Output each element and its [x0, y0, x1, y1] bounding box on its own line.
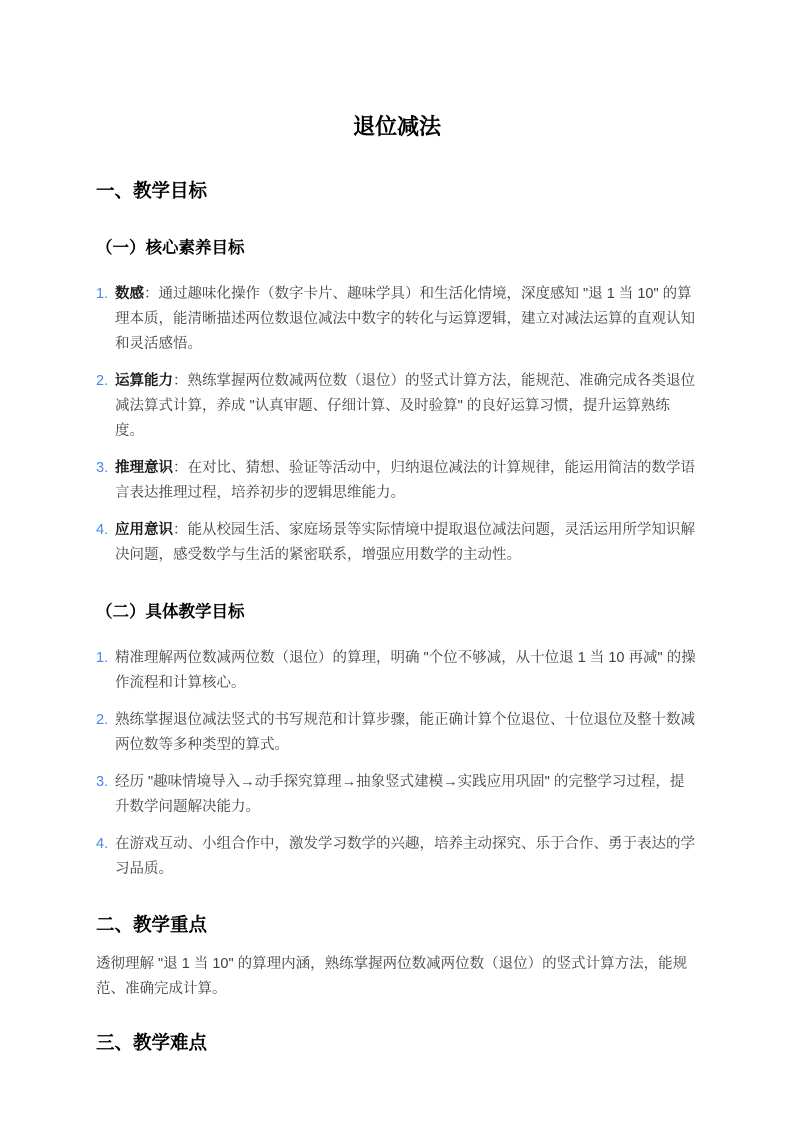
item-label: 数感 — [115, 286, 144, 302]
list-marker: 2. — [96, 369, 108, 394]
item-text: ：通过趣味化操作（数字卡片、趣味学具）和生活化情境，深度感知 "退 1 当 10… — [115, 286, 695, 352]
list-item: 1.精准理解两位数减两位数（退位）的算理，明确 "个位不够减，从十位退 1 当 … — [96, 646, 698, 696]
item-label: 应用意识 — [115, 522, 173, 538]
section-heading-teaching-goals: 一、教学目标 — [96, 178, 698, 204]
list-marker: 3. — [96, 456, 108, 481]
doc-title: 退位减法 — [96, 112, 698, 142]
item-text: 经历 "趣味情境导入→动手探究算理→抽象竖式建模→实践应用巩固" 的完整学习过程… — [115, 774, 684, 815]
list-marker: 1. — [96, 282, 108, 307]
list-item-computation-ability: 2.运算能力：熟练掌握两位数减两位数（退位）的竖式计算方法，能规范、准确完成各类… — [96, 369, 698, 444]
subheading-specific-teaching-goals: （二）具体教学目标 — [96, 600, 698, 624]
list-marker: 2. — [96, 708, 108, 733]
list-item-reasoning-awareness: 3.推理意识：在对比、猜想、验证等活动中，归纳退位减法的计算规律，能运用简洁的数… — [96, 456, 698, 506]
item-text: 精准理解两位数减两位数（退位）的算理，明确 "个位不够减，从十位退 1 当 10… — [115, 650, 696, 691]
list-marker: 4. — [96, 832, 108, 857]
list-item-application-awareness: 4.应用意识：能从校园生活、家庭场景等实际情境中提取退位减法问题，灵活运用所学知… — [96, 518, 698, 568]
list-marker: 1. — [96, 646, 108, 671]
document-page: 退位减法 一、教学目标 （一）核心素养目标 1.数感：通过趣味化操作（数字卡片、… — [0, 0, 794, 1123]
list-item: 4.在游戏互动、小组合作中，激发学习数学的兴趣，培养主动探究、乐于合作、勇于表达… — [96, 832, 698, 882]
item-label: 推理意识 — [115, 460, 173, 476]
item-text: ：在对比、猜想、验证等活动中，归纳退位减法的计算规律，能运用简洁的数学语言表达推… — [115, 460, 695, 501]
item-text: 熟练掌握退位减法竖式的书写规范和计算步骤，能正确计算个位退位、十位退位及整十数减… — [115, 712, 695, 753]
section-heading-key-points: 二、教学重点 — [96, 912, 698, 938]
key-points-paragraph: 透彻理解 "退 1 当 10" 的算理内涵，熟练掌握两位数减两位数（退位）的竖式… — [96, 952, 698, 1002]
item-text: ：熟练掌握两位数减两位数（退位）的竖式计算方法，能规范、准确完成各类退位减法算式… — [115, 373, 695, 439]
item-text: 在游戏互动、小组合作中，激发学习数学的兴趣，培养主动探究、乐于合作、勇于表达的学… — [115, 836, 695, 877]
section-heading-difficulties: 三、教学难点 — [96, 1030, 698, 1056]
item-label: 运算能力 — [115, 373, 173, 389]
list-item-number-sense: 1.数感：通过趣味化操作（数字卡片、趣味学具）和生活化情境，深度感知 "退 1 … — [96, 282, 698, 357]
item-text: ：能从校园生活、家庭场景等实际情境中提取退位减法问题，灵活运用所学知识解决问题，… — [115, 522, 695, 563]
subheading-core-literacy-goals: （一）核心素养目标 — [96, 236, 698, 260]
list-marker: 4. — [96, 518, 108, 543]
core-goals-list: 1.数感：通过趣味化操作（数字卡片、趣味学具）和生活化情境，深度感知 "退 1 … — [96, 282, 698, 568]
list-marker: 3. — [96, 770, 108, 795]
list-item: 3.经历 "趣味情境导入→动手探究算理→抽象竖式建模→实践应用巩固" 的完整学习… — [96, 770, 698, 820]
specific-goals-list: 1.精准理解两位数减两位数（退位）的算理，明确 "个位不够减，从十位退 1 当 … — [96, 646, 698, 882]
list-item: 2.熟练掌握退位减法竖式的书写规范和计算步骤，能正确计算个位退位、十位退位及整十… — [96, 708, 698, 758]
